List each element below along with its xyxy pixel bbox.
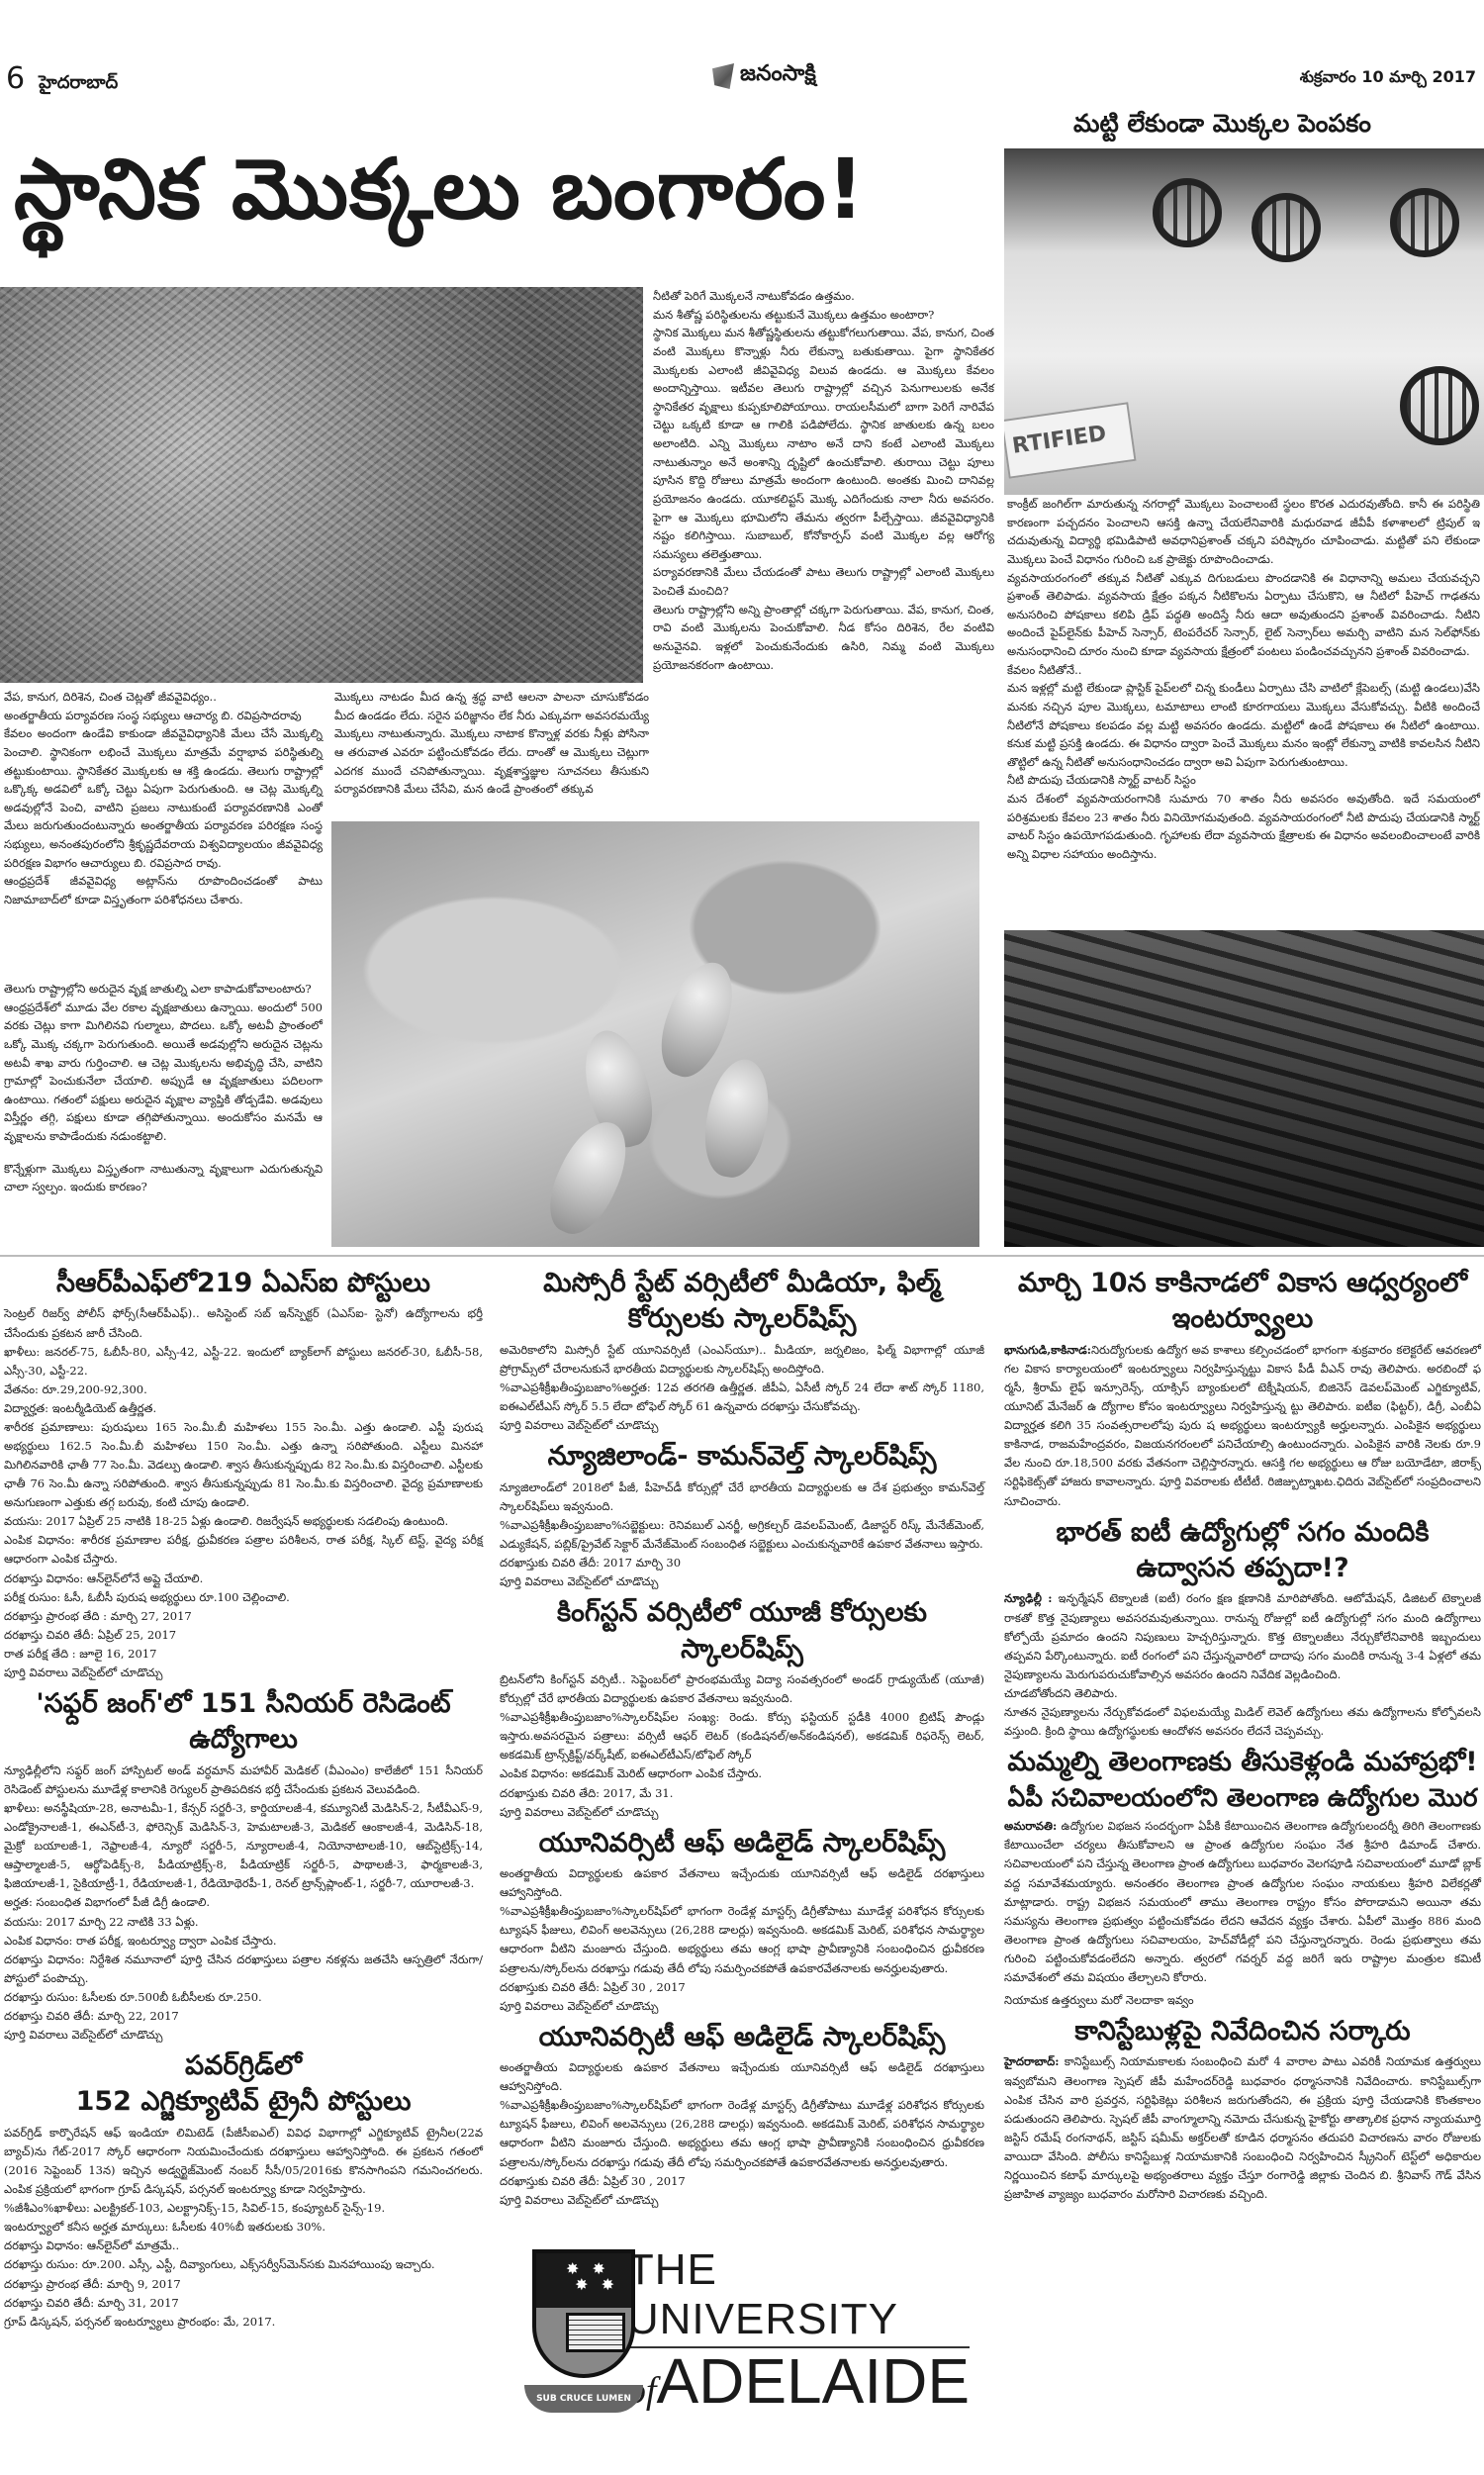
greenhouse-photo	[1004, 930, 1484, 1247]
page-header-left: 6 హైదరాబాద్	[6, 61, 118, 97]
powergrid-headline-line2: 152 ఎగ్జిక్యూటివ్ ట్రైనీ పోస్టులు	[4, 2084, 483, 2120]
section-divider	[0, 1255, 1484, 1257]
edition-city: హైదరాబాద్	[39, 72, 118, 97]
safdarjung-headline: 'సఫ్దర్ జంగ్'లో 151 సీనియర్ రెసిడెంట్ ఉద…	[4, 1686, 483, 1759]
article-paragraph: మన దేశంలో వ్యవసాయరంగానికి సుమారు 70 శాతం…	[1007, 790, 1480, 864]
article-paragraph: తెలుగు రాష్ట్రాల్లోని అన్ని ప్రాంతాల్లో …	[653, 601, 994, 675]
crpf-line: దరఖాస్తు ప్రారంభ తేది : మార్చి 27, 2017	[4, 1607, 483, 1626]
kingston-line: ఎంపిక విధానం: అకడమిక్ మెరిట్ ఆధారంగా ఎంప…	[500, 1764, 984, 1783]
hydroponic-pot-icon	[1153, 178, 1222, 247]
constables-kicker: నియామక ఉత్తర్వులు మరో నెలదాకా ఇవ్వం	[1004, 1991, 1481, 2010]
safdarjung-line: దరఖాస్తు రుసుం: ఓసీలకు రూ.500బీ ఓబీసీలకు…	[4, 1988, 483, 2007]
hydroponic-pot-icon	[1390, 188, 1459, 257]
article-text: ఇన్ఫర్మేషన్ టెక్నాలజీ (ఐటీ) రంగం క్షణ క్…	[1004, 1591, 1481, 1680]
hydroponic-pot-icon	[1252, 193, 1321, 262]
shield-icon: ✸ ✸ ✸ ✸	[532, 2249, 635, 2378]
crpf-line: సెంట్రల్ రిజర్వ్ పోలీస్ ఫోర్స్(సీఆర్‌పీఎ…	[4, 1304, 483, 1342]
safdarjung-body: న్యూఢిల్లీలోని సఫ్దర్ జంగ్ హాస్పిటల్ అండ…	[4, 1761, 483, 2045]
newspaper-name: జనంసాక్షి	[740, 61, 816, 91]
article-subhead: వేప, కానుగ, దిరిశెన, చింత చెట్లతో జీవవైవ…	[4, 688, 323, 707]
safdarjung-line: దరఖాస్తు చివరి తేదీ: మార్చి 22, 2017	[4, 2007, 483, 2026]
feature-center-column: నీటితో పెరిగే మొక్కలనే నాటుకోవడం ఉత్తమం.…	[653, 287, 994, 674]
newzealand-body: న్యూజిలాండ్‌లో 2018లో పీజీ, పీహెచ్‌డీ కో…	[500, 1478, 984, 1591]
adelaide-body-1: అంతర్జాతీయ విద్యార్థులకు ఉపకార వేతనాలు ఇ…	[500, 1864, 984, 2016]
article-subhead: కేవలం నీటితోనే..	[1007, 661, 1480, 680]
adelaide-line: పూర్తి వివరాలు వెబ్‌సైట్‌లో చూడొచ్చు	[500, 2191, 984, 2210]
article-question: తెలుగు రాష్ట్రాల్లోని అరుదైన వృక్ష జాతుల…	[4, 980, 323, 999]
leaf-fruit-photo	[331, 821, 979, 1247]
missouri-body: అమెరికాలోని మిస్సోరీ స్టేట్ యూనివర్సిటీ …	[500, 1341, 984, 1435]
crpf-line: పరీక్ష రుసుం: ఓసీ, ఓబీసీ పురుష అభ్యర్థుల…	[4, 1588, 483, 1607]
safdarjung-line: వయసు: 2017 మార్చి 22 నాటికి 33 ఏళ్లు.	[4, 1913, 483, 1932]
crpf-line: వయసు: 2017 ఏప్రిల్ 25 నాటికి 18-25 ఏళ్లు…	[4, 1512, 483, 1531]
powergrid-line: దరఖాస్తు ప్రారంభ తేదీ: మార్చి 9, 2017	[4, 2275, 483, 2294]
crpf-line: దరఖాస్తు చివరి తేదీ: ఏప్రిల్ 25, 2017	[4, 1626, 483, 1645]
constables-headline: కానిస్టేబుళ్లపై నివేదించిన సర్కారు	[1004, 2014, 1481, 2049]
newspaper-logo-icon	[712, 63, 734, 89]
article-text: ఉద్యోగుల విభజన సందర్భంగా ఏపీకి కేటాయించి…	[1004, 1819, 1481, 1984]
photo-label: RTIFIED	[1004, 402, 1137, 479]
telangana-staff-headline: మమ్మల్ని తెలంగాణకు తీసుకెళ్లండి మహాప్రభో…	[1004, 1745, 1481, 1780]
crpf-line: దరఖాస్తు విధానం: ఆన్‌లైన్‌లోనే అప్లై చేయ…	[4, 1570, 483, 1588]
adelaide-line: దరఖాస్తుకు చివరి తేదీ: ఏప్రిల్ 30 , 2017	[500, 2172, 984, 2191]
masthead: జనంసాక్షి	[712, 61, 816, 91]
kakinada-headline: మార్చి 10న కాకినాడలో వికాస ఆధ్వర్యంలో ఇం…	[1004, 1266, 1481, 1338]
telangana-staff-subheadline: ఏపీ సచివాలయంలోని తెలంగాణ ఉద్యోగుల మొర	[1004, 1781, 1481, 1815]
adelaide-line: అంతర్జాతీయ విద్యార్థులకు ఉపకార వేతనాలు ఇ…	[500, 2058, 984, 2096]
crpf-line: ఖాళీలు: జనరల్-75, ఓబీసీ-80, ఎస్సీ-42, ఎస…	[4, 1343, 483, 1380]
hydroponics-article: కాంక్రీట్ జంగిల్‌గా మారుతున్న నగరాల్లో మ…	[1007, 495, 1480, 864]
powergrid-line: ఇంటర్వ్యూలో కనీస అర్హత మార్కులు: ఓసీలకు …	[4, 2218, 483, 2237]
article-question: కొన్నేళ్లుగా మొక్కలు విస్తృతంగా నాటుతున్…	[4, 1160, 323, 1196]
missouri-line: అమెరికాలోని మిస్సోరీ స్టేట్ యూనివర్సిటీ …	[500, 1341, 984, 1379]
it-jobs-headline: భారత్ ఐటీ ఉద్యోగుల్లో సగం మందికి ఉద్వాసన…	[1004, 1515, 1481, 1587]
constables-body: హైదరాబాద్: కానిస్టేబుల్స్ నియామకాలకు సంబ…	[1004, 2052, 1481, 2204]
adelaide-line: %వాఎప్రశీక్రీఖతీంప్తుబజాం%స్కాలర్‌షిప్‌ల…	[500, 2096, 984, 2171]
wordmark-adelaide: ADELAIDE	[656, 2345, 970, 2417]
article-paragraph: స్థానిక మొక్కలు మన శీతోష్ణస్థితులను తట్ట…	[653, 324, 994, 563]
crpf-line: వేతనం: రూ.29,200-92,300.	[4, 1380, 483, 1399]
adelaide-line: దరఖాస్తుకు చివరి తేదీ: ఏప్రిల్ 30 , 2017	[500, 1978, 984, 1997]
article-paragraph: నీటితో పెరిగే మొక్కలనే నాటుకోవడం ఉత్తమం.	[653, 287, 994, 306]
powergrid-line: గ్రూప్ డిస్కషన్, పర్సనల్ ఇంటర్వ్యూలు ప్ర…	[4, 2313, 483, 2332]
newzealand-line: %వాఎప్రశీక్రీఖతీంప్తుబజాం%సబ్జెక్టులు: ర…	[500, 1516, 984, 1554]
dateline: అమరావతి:	[1004, 1819, 1057, 1833]
article-paragraph: ఆంధ్రప్రదేశ్‌లో మూడు వేల రకాల వృక్షజాతుల…	[4, 999, 323, 1146]
motto-ribbon: SUB CRUCE LUMEN	[524, 2385, 643, 2413]
hydroponics-photo: RTIFIED	[1004, 148, 1484, 495]
hydroponic-pot-icon	[1400, 366, 1479, 445]
safdarjung-line: దరఖాస్తు విధానం: నిర్దేశిత నమూనాలో పూర్త…	[4, 1951, 483, 1988]
crpf-headline: సీఆర్‌పీఎఫ్‌లో219 ఏఎస్ఐ పోస్టులు	[4, 1266, 483, 1301]
article-paragraph: కాంక్రీట్ జంగిల్‌గా మారుతున్న నగరాల్లో మ…	[1007, 495, 1480, 569]
side-headline: మట్టి లేకుండా మొక్కల పెంపకం	[1073, 109, 1371, 144]
article-question: మన శీతోష్ణ పరిస్థితులను తట్టుకునే మొక్కల…	[653, 306, 994, 325]
safdarjung-line: ఖాళీలు: అనస్థీషియా-28, అనాటమీ-1, కేన్సర్…	[4, 1799, 483, 1893]
safdarjung-line: పూర్తి వివరాలు వెబ్‌సైట్‌లో చూడొచ్చు	[4, 2026, 483, 2045]
missouri-line: %వాఎప్రశీక్రీఖతీంప్తుబజాం%అర్హత: 12వ తరగ…	[500, 1379, 984, 1416]
article-text: నిరుద్యోగులకు ఉద్యోగ అవ కాశాలు కల్పించడం…	[1004, 1343, 1481, 1508]
article-paragraph: మన ఇళ్లల్లో మట్టి లేకుండా ప్లాస్టిక్ పైప…	[1007, 679, 1480, 771]
feature-left-column: వేప, కానుగ, దిరిశెన, చింత చెట్లతో జీవవైవ…	[4, 688, 323, 909]
kingston-line: దరఖాస్తుకు చివరి తేది: 2017, మే 31.	[500, 1784, 984, 1803]
article-subhead: నీటి పొదుపు చేయడానికి స్మార్ట్ వాటర్ సిస…	[1007, 771, 1480, 790]
crpf-line: ఎంపిక విధానం: శారీరక ప్రమాణాల పరీక్ష, ధ్…	[4, 1531, 483, 1569]
article-paragraph: వ్యవసాయరంగంలో తక్కువ నీటితో ఎక్కువ దిగుబ…	[1007, 569, 1480, 661]
dateline: హైదరాబాద్:	[1004, 2054, 1059, 2068]
crpf-line: పూర్తి వివరాలు వెబ్‌సైట్‌లో చూడొచ్చు	[4, 1664, 483, 1682]
powergrid-line: దరఖాస్తు చివరి తేదీ: మార్చి 31, 2017	[4, 2294, 483, 2313]
article-text: చూడబోతోందని తెలిపారు.	[1004, 1684, 1481, 1703]
adelaide-line: అంతర్జాతీయ విద్యార్థులకు ఉపకార వేతనాలు ఇ…	[500, 1864, 984, 1902]
adelaide-headline-2: యూనివర్సిటీ ఆఫ్ అడిలైడ్ స్కాలర్‌షిప్స్	[500, 2020, 984, 2055]
kingston-line: %వాఎప్రశీక్రీఖతీంప్తుబజాం%స్కాలర్‌షిప్‌ల…	[500, 1708, 984, 1764]
page-number: 6	[6, 61, 25, 96]
university-wordmark: THE UNIVERSITY ofADELAIDE	[627, 2245, 970, 2415]
article-text: కానిస్టేబుల్స్ నియామకాలకు సంబంధించి మరో …	[1004, 2054, 1481, 2201]
dateline: భానుగుడి,కాకినాడ:	[1004, 1343, 1091, 1357]
crpf-line: విద్యార్హత: ఇంటర్మీడియెట్ ఉత్తీర్ణత.	[4, 1399, 483, 1418]
newzealand-line: న్యూజిలాండ్‌లో 2018లో పీజీ, పీహెచ్‌డీ కో…	[500, 1478, 984, 1516]
wordmark-line1: THE UNIVERSITY	[627, 2245, 970, 2348]
plants-photo	[0, 287, 643, 683]
missouri-headline: మిస్సోరీ స్టేట్ వర్సిటీలో మీడియా, ఫిల్మ్…	[500, 1266, 984, 1338]
article-byline: అంతర్జాతీయ పర్యావరణ సంస్థ సభ్యులు ఆచార్య…	[4, 707, 323, 725]
feature-left-column-lower: తెలుగు రాష్ట్రాల్లోని అరుదైన వృక్ష జాతుల…	[4, 980, 323, 1196]
powergrid-line: పవర్‌గ్రిడ్ కార్పొరేషన్ ఆఫ్ ఇండియా లిమిట…	[4, 2124, 483, 2199]
kingston-line: బ్రిటన్‌లోని కింగ్‌స్టన్ వర్సిటీ.. సెప్ట…	[500, 1670, 984, 1708]
crpf-body: సెంట్రల్ రిజర్వ్ పోలీస్ ఫోర్స్(సీఆర్‌పీఎ…	[4, 1304, 483, 1682]
dateline: న్యూఢిల్లీ :	[1004, 1591, 1053, 1605]
article-question: పర్యావరణానికి మేలు చేయడంతో పాటు తెలుగు ర…	[653, 563, 994, 600]
southern-cross-stars-icon: ✸ ✸ ✸ ✸	[566, 2261, 618, 2293]
safdarjung-line: అర్హత: సంబంధిత విభాగంలో పీజీ డిగ్రీ ఉండా…	[4, 1893, 483, 1912]
kingston-line: పూర్తి వివరాలు వెబ్‌సైట్‌లో చూడొచ్చు	[500, 1803, 984, 1822]
main-headline: స్థానిక మొక్కలు బంగారం!	[14, 143, 866, 235]
it-jobs-body: న్యూఢిల్లీ : ఇన్ఫర్మేషన్ టెక్నాలజీ (ఐటీ)…	[1004, 1589, 1481, 1741]
safdarjung-line: ఎంపిక విధానం: రాత పరీక్ష, ఇంటర్వ్యూ ద్వా…	[4, 1932, 483, 1951]
newzealand-headline: న్యూజిలాండ్- కామన్‌వెల్త్ స్కాలర్‌షిప్స్	[500, 1439, 984, 1475]
article-text: నూతన నైపుణ్యాలను నేర్చుకోవడంలో విఫలమయ్యే…	[1004, 1703, 1481, 1741]
adelaide-headline-1: యూనివర్సిటీ ఆఫ్ అడిలైడ్ స్కాలర్‌షిప్స్	[500, 1826, 984, 1861]
issue-date: శుక్రవారం 10 మార్చి 2017	[1300, 67, 1476, 90]
adelaide-line: పూర్తి వివరాలు వెబ్‌సైట్‌లో చూడొచ్చు	[500, 1997, 984, 2016]
missouri-line: పూర్తి వివరాలు వెబ్‌సైట్‌లో చూడొచ్చు	[500, 1416, 984, 1435]
article-paragraph: మొక్కలు నాటడం మీద ఉన్న శ్రద్ధ వాటి ఆలనా …	[334, 688, 649, 799]
telangana-staff-body: అమరావతి: ఉద్యోగుల విభజన సందర్భంగా ఏపీకి …	[1004, 1817, 1481, 2010]
kakinada-body: భానుగుడి,కాకినాడ:నిరుద్యోగులకు ఉద్యోగ అవ…	[1004, 1341, 1481, 1511]
adelaide-body-2: అంతర్జాతీయ విద్యార్థులకు ఉపకార వేతనాలు ఇ…	[500, 2058, 984, 2210]
safdarjung-line: న్యూఢిల్లీలోని సఫ్దర్ జంగ్ హాస్పిటల్ అండ…	[4, 1761, 483, 1799]
adelaide-line: %వాఎప్రశీక్రీఖతీంప్తుబజాం%స్కాలర్‌షిప్‌ల…	[500, 1902, 984, 1977]
powergrid-line: దరఖాస్తు విధానం: ఆన్‌లైన్‌లో మాత్రమే..	[4, 2237, 483, 2255]
scholarships-column: మిస్సోరీ స్టేట్ వర్సిటీలో మీడియా, ఫిల్మ్…	[500, 1262, 984, 2210]
feature-mid-column: మొక్కలు నాటడం మీద ఉన్న శ్రద్ధ వాటి ఆలనా …	[334, 688, 649, 799]
fruit-shape	[697, 1055, 777, 1183]
wordmark-line2: ofADELAIDE	[627, 2348, 970, 2415]
powergrid-headline-line1: పవర్‌గ్రిడ్‌లో	[4, 2048, 483, 2084]
article-paragraph: ఆంధ్రప్రదేశ్ జీవవైవిధ్య అట్లాస్‌ను రూపొం…	[4, 872, 323, 908]
university-of-adelaide-logo: ✸ ✸ ✸ ✸ SUB CRUCE LUMEN THE UNIVERSITY o…	[524, 2232, 970, 2429]
open-book-icon	[566, 2313, 625, 2352]
powergrid-line: దరఖాస్తు రుసుం: రూ.200. ఎస్సీ, ఎస్టీ, ది…	[4, 2255, 483, 2274]
newzealand-line: పూర్తి వివరాలు వెబ్‌సైట్‌లో చూడొచ్చు	[500, 1572, 984, 1591]
powergrid-line: %జీశీఎం%ఖాళీలు: ఎలక్ట్రికల్-103, ఎలక్ట్ర…	[4, 2199, 483, 2218]
newzealand-line: దరఖాస్తుకు చివరి తేదీ: 2017 మార్చి 30	[500, 1554, 984, 1572]
article-paragraph: కేవలం అందంగా ఉండేవి కాకుండా జీవవైవిధ్యాన…	[4, 724, 323, 872]
adelaide-crest-icon: ✸ ✸ ✸ ✸ SUB CRUCE LUMEN	[524, 2249, 609, 2413]
crpf-line: రాత పరీక్ష తేది : జూలై 16, 2017	[4, 1645, 483, 1664]
powergrid-body: పవర్‌గ్రిడ్ కార్పొరేషన్ ఆఫ్ ఇండియా లిమిట…	[4, 2124, 483, 2332]
crpf-line: శారీరక ప్రమాణాలు: పురుషులు 165 సెం.మీ.బీ…	[4, 1418, 483, 1512]
jobs-left-column: సీఆర్‌పీఎఫ్‌లో219 ఏఎస్ఐ పోస్టులు సెంట్రల…	[4, 1262, 483, 2332]
kingston-body: బ్రిటన్‌లోని కింగ్‌స్టన్ వర్సిటీ.. సెప్ట…	[500, 1670, 984, 1822]
news-right-column: మార్చి 10న కాకినాడలో వికాస ఆధ్వర్యంలో ఇం…	[1004, 1262, 1481, 2204]
kingston-headline: కింగ్‌స్టన్ వర్సిటీలో యూజీ కోర్సులకు స్క…	[500, 1595, 984, 1667]
